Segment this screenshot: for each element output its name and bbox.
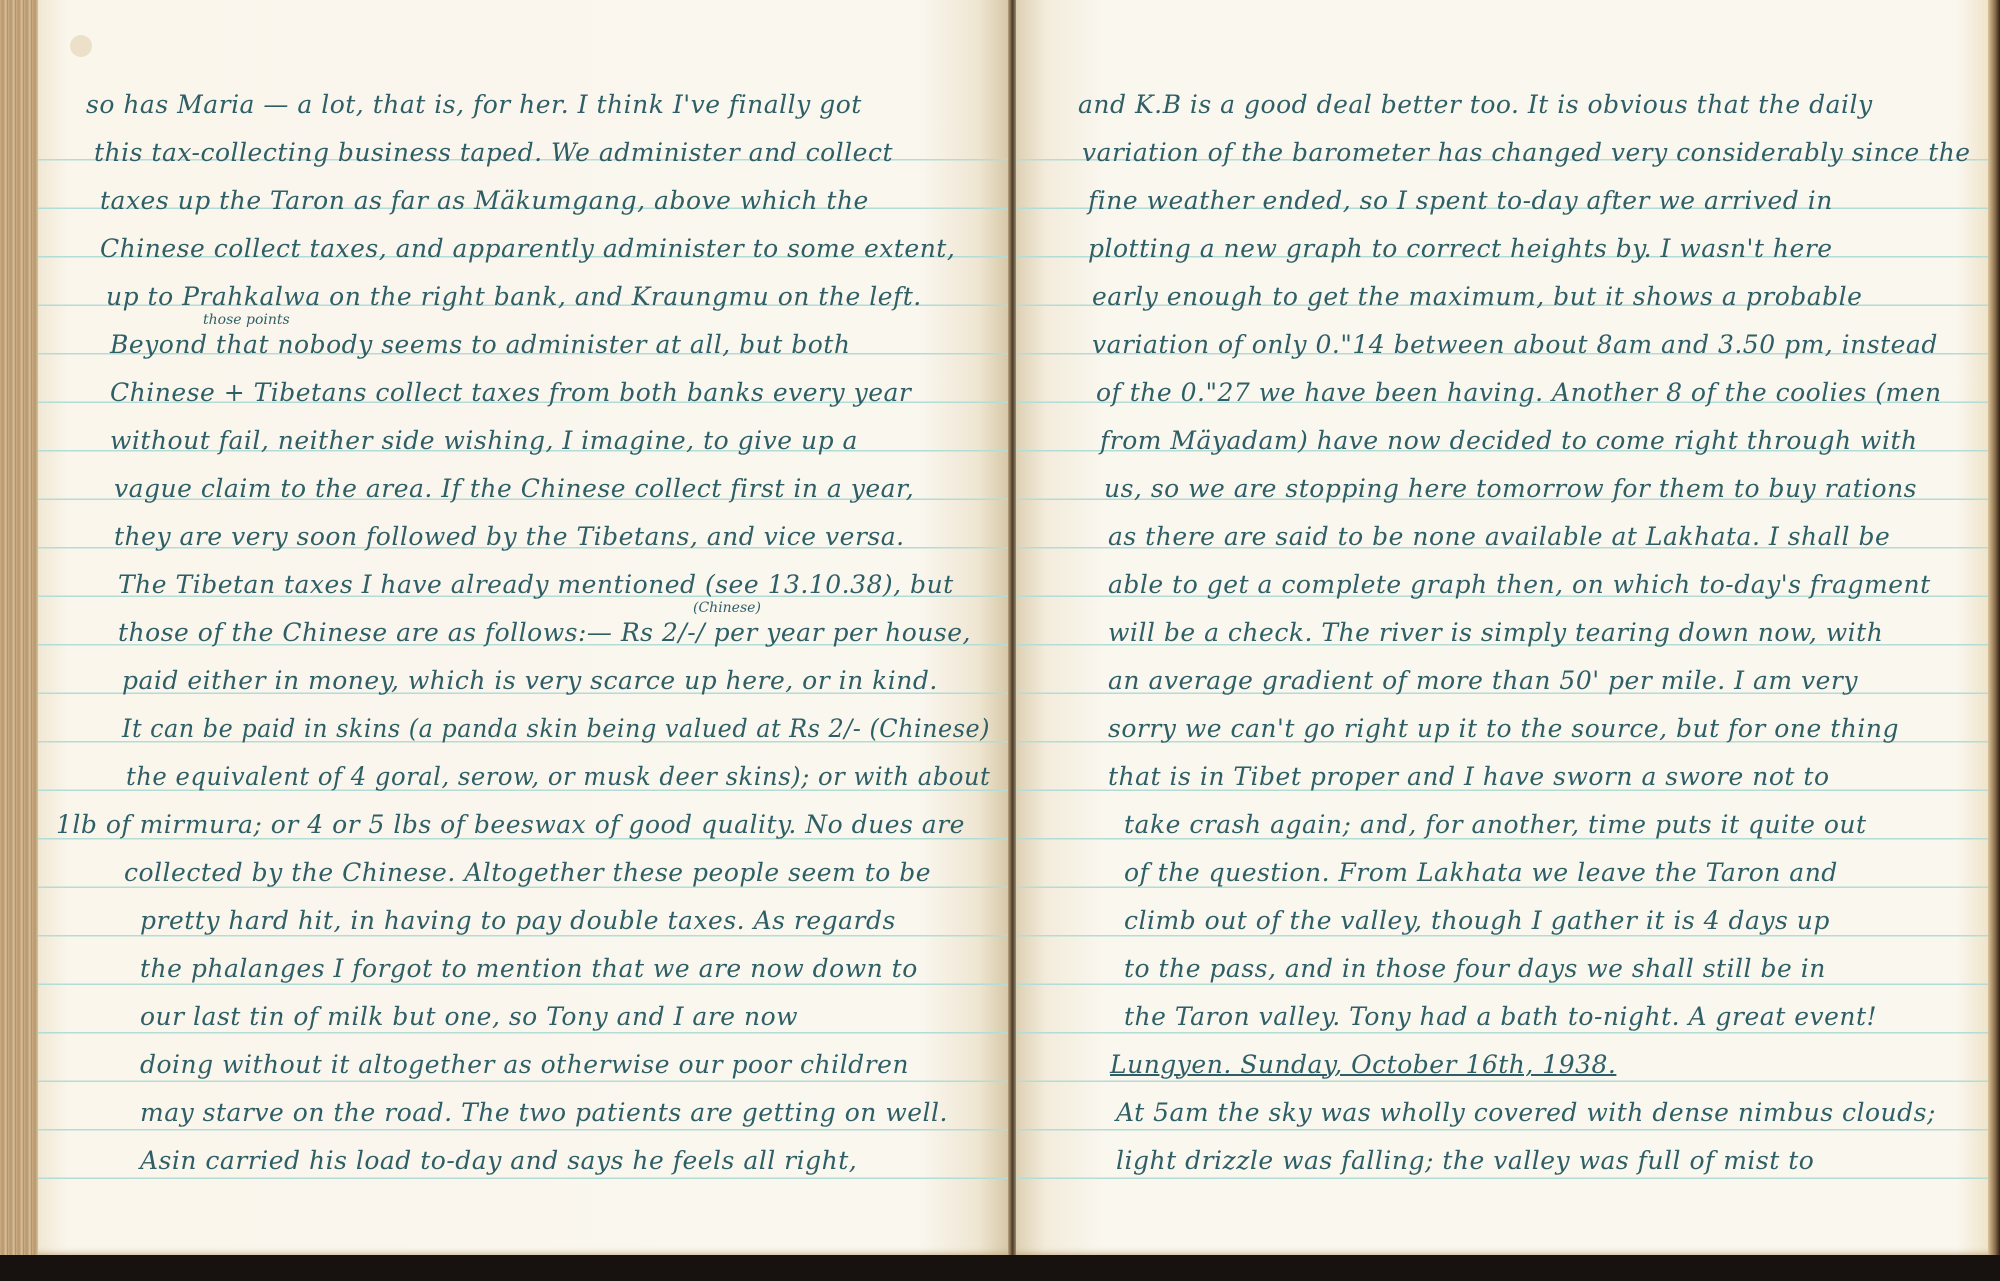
left-line-5: up to Prahkalwa on the right bank, and K… — [106, 282, 922, 311]
right-line-17: of the question. From Lakhata we leave t… — [1124, 858, 1838, 887]
stacked-page-edge — [0, 0, 40, 1258]
left-line-1: so has Maria — a lot, that is, for her. … — [86, 90, 862, 119]
right-line-16: take crash again; and, for another, time… — [1124, 810, 1867, 839]
right-line-7: of the 0."27 we have been having. Anothe… — [1096, 378, 1942, 407]
left-line-4: Chinese collect taxes, and apparently ad… — [100, 234, 955, 263]
right-line-9: us, so we are stopping here tomorrow for… — [1104, 474, 1917, 503]
left-line-22: may starve on the road. The two patients… — [140, 1098, 948, 1127]
left-line-17: collected by the Chinese. Altogether the… — [124, 858, 931, 887]
left-line-3: taxes up the Taron as far as Mäkumgang, … — [100, 186, 869, 215]
left-line-16: 1lb of mirmura; or 4 or 5 lbs of beeswax… — [56, 810, 965, 839]
paper-stain — [70, 35, 92, 57]
right-line-10: as there are said to be none available a… — [1108, 522, 1890, 551]
left-line-8: without fail, neither side wishing, I im… — [110, 426, 858, 455]
left-line-18: pretty hard hit, in having to pay double… — [140, 906, 896, 935]
insertion-those-points: those points — [203, 312, 290, 328]
right-line-18: climb out of the valley, though I gather… — [1124, 906, 1830, 935]
ruled-lines — [38, 112, 1010, 1212]
right-line-5: early enough to get the maximum, but it … — [1092, 282, 1862, 311]
left-line-19: the phalanges I forgot to mention that w… — [140, 954, 918, 983]
ruled-lines — [1016, 112, 1990, 1212]
left-page: so has Maria — a lot, that is, for her. … — [38, 0, 1010, 1255]
left-line-6: Beyond that nobody seems to administer a… — [110, 330, 850, 359]
left-line-11: The Tibetan taxes I have already mention… — [118, 570, 954, 599]
entry-heading: Lungyen. Sunday, October 16th, 1938. — [1110, 1050, 1616, 1079]
right-line-20: the Taron valley. Tony had a bath to-nig… — [1124, 1002, 1877, 1031]
right-line-14: sorry we can't go right up it to the sou… — [1108, 714, 1899, 743]
right-line-15: that is in Tibet proper and I have sworn… — [1108, 762, 1830, 791]
left-line-23: Asin carried his load to-day and says he… — [140, 1146, 857, 1175]
right-line-13: an average gradient of more than 50' per… — [1108, 666, 1858, 695]
left-line-14: It can be paid in skins (a panda skin be… — [122, 714, 990, 743]
insertion-chinese: (Chinese) — [693, 600, 761, 616]
right-page: and K.B is a good deal better too. It is… — [1016, 0, 1990, 1255]
left-line-12: those of the Chinese are as follows:— Rs… — [118, 618, 971, 647]
background-surface — [0, 1255, 2000, 1281]
right-line-19: to the pass, and in those four days we s… — [1124, 954, 1826, 983]
entry-line-1: At 5am the sky was wholly covered with d… — [1116, 1098, 1936, 1127]
left-line-2: this tax-collecting business taped. We a… — [94, 138, 893, 167]
left-line-9: vague claim to the area. If the Chinese … — [114, 474, 914, 503]
left-line-21: doing without it altogether as otherwise… — [140, 1050, 909, 1079]
left-line-7: Chinese + Tibetans collect taxes from bo… — [110, 378, 911, 407]
left-line-15: the equivalent of 4 goral, serow, or mus… — [126, 762, 990, 791]
right-line-6: variation of only 0."14 between about 8a… — [1092, 330, 1938, 359]
right-page-edge — [1988, 0, 2000, 1258]
left-line-10: they are very soon followed by the Tibet… — [114, 522, 905, 551]
right-line-4: plotting a new graph to correct heights … — [1088, 234, 1833, 263]
left-line-13: paid either in money, which is very scar… — [122, 666, 938, 695]
right-line-12: will be a check. The river is simply tea… — [1108, 618, 1883, 647]
entry-line-2: light drizzle was falling; the valley wa… — [1116, 1146, 1814, 1175]
left-line-20: our last tin of milk but one, so Tony an… — [140, 1002, 798, 1031]
right-line-11: able to get a complete graph then, on wh… — [1108, 570, 1931, 599]
right-line-1: and K.B is a good deal better too. It is… — [1078, 90, 1873, 119]
right-line-2: variation of the barometer has changed v… — [1082, 138, 1971, 167]
right-line-3: fine weather ended, so I spent to-day af… — [1088, 186, 1833, 215]
open-notebook: so has Maria — a lot, that is, for her. … — [0, 0, 2000, 1258]
right-line-8: from Mäyadam) have now decided to come r… — [1100, 426, 1918, 455]
